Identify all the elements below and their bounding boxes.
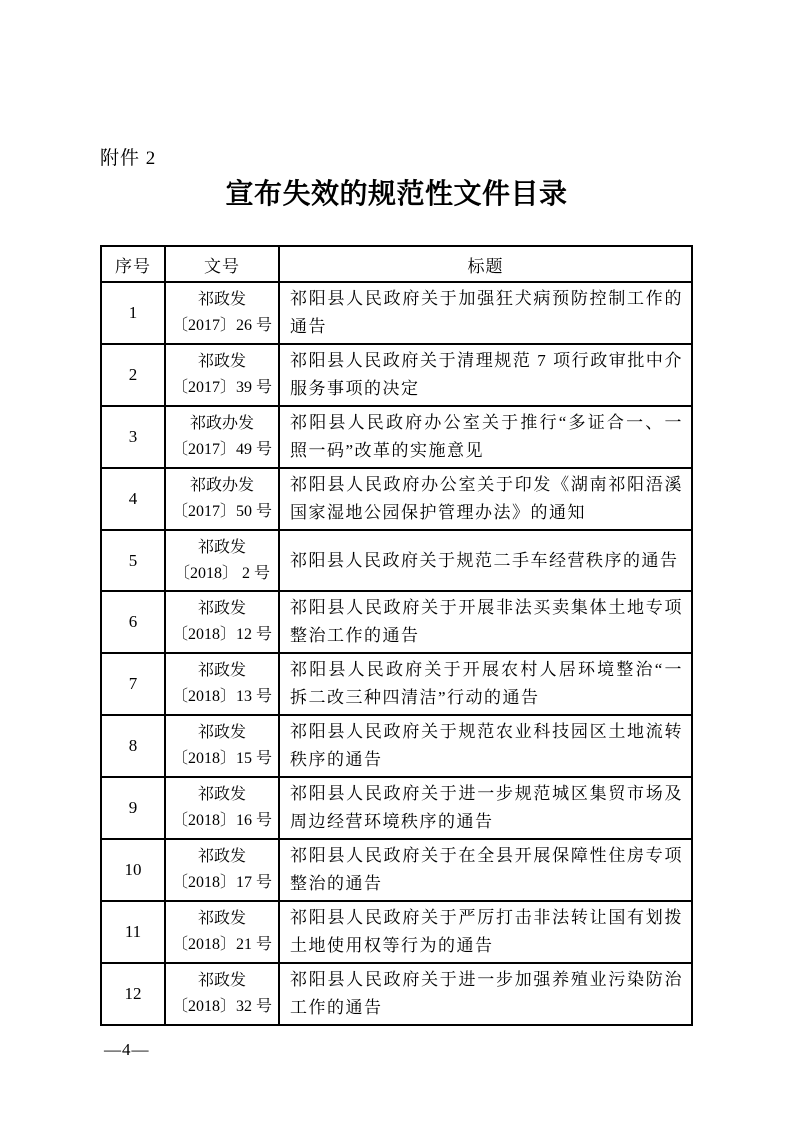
document-number-cell: 祁政发〔2018〕21 号 [165,901,279,963]
document-number-line1: 祁政发 [166,535,278,561]
page-title: 宣布失效的规范性文件目录 [0,172,793,212]
document-number-line1: 祁政发 [166,596,278,622]
document-title-cell: 祁阳县人民政府关于严厉打击非法转让国有划拨土地使用权等行为的通告 [279,901,692,963]
document-title-cell: 祁阳县人民政府关于规范农业科技园区土地流转秩序的通告 [279,715,692,777]
document-number-line1: 祁政发 [166,844,278,870]
document-number-cell: 祁政发〔2018〕32 号 [165,963,279,1025]
table-row: 8祁政发〔2018〕15 号祁阳县人民政府关于规范农业科技园区土地流转秩序的通告 [101,715,692,777]
document-number-line2: 〔2018〕21 号 [166,932,278,958]
serial-number-cell: 4 [101,468,165,530]
document-title-cell: 祁阳县人民政府关于进一步规范城区集贸市场及周边经营环境秩序的通告 [279,777,692,839]
serial-number-cell: 1 [101,282,165,344]
page-number: —4— [104,1040,150,1060]
document-number-cell: 祁政发〔2018〕16 号 [165,777,279,839]
header-document-number: 文号 [165,246,279,282]
serial-number-cell: 9 [101,777,165,839]
document-title-cell: 祁阳县人民政府关于开展农村人居环境整治“一拆二改三种四清洁”行动的通告 [279,653,692,715]
document-number-cell: 祁政发〔2018〕12 号 [165,591,279,653]
document-number-line1: 祁政发 [166,720,278,746]
header-title: 标题 [279,246,692,282]
document-title-cell: 祁阳县人民政府关于在全县开展保障性住房专项整治的通告 [279,839,692,901]
document-number-cell: 祁政发〔2018〕15 号 [165,715,279,777]
document-title-cell: 祁阳县人民政府办公室关于印发《湖南祁阳浯溪国家湿地公园保护管理办法》的通知 [279,468,692,530]
table-row: 3祁政办发〔2017〕49 号祁阳县人民政府办公室关于推行“多证合一、一照一码”… [101,406,692,468]
serial-number-cell: 12 [101,963,165,1025]
document-number-cell: 祁政办发〔2017〕50 号 [165,468,279,530]
table-row: 7祁政发〔2018〕13 号祁阳县人民政府关于开展农村人居环境整治“一拆二改三种… [101,653,692,715]
document-number-cell: 祁政发〔2017〕26 号 [165,282,279,344]
document-number-line1: 祁政发 [166,349,278,375]
header-serial-number: 序号 [101,246,165,282]
table-row: 11祁政发〔2018〕21 号祁阳县人民政府关于严厉打击非法转让国有划拨土地使用… [101,901,692,963]
document-title-cell: 祁阳县人民政府关于清理规范 7 项行政审批中介服务事项的决定 [279,344,692,406]
serial-number-cell: 3 [101,406,165,468]
document-number-line2: 〔2018〕13 号 [166,684,278,710]
serial-number-cell: 8 [101,715,165,777]
document-number-line2: 〔2017〕26 号 [166,313,278,339]
serial-number-cell: 10 [101,839,165,901]
document-number-cell: 祁政办发〔2017〕49 号 [165,406,279,468]
document-number-line1: 祁政发 [166,782,278,808]
document-number-line1: 祁政发 [166,287,278,313]
document-number-line2: 〔2018〕12 号 [166,622,278,648]
document-number-line1: 祁政发 [166,658,278,684]
document-number-line2: 〔2018〕 2 号 [166,561,278,587]
serial-number-cell: 7 [101,653,165,715]
document-number-line1: 祁政发 [166,968,278,994]
serial-number-cell: 2 [101,344,165,406]
document-title-cell: 祁阳县人民政府关于开展非法买卖集体土地专项整治工作的通告 [279,591,692,653]
serial-number-cell: 5 [101,530,165,591]
document-title-cell: 祁阳县人民政府关于规范二手车经营秩序的通告 [279,530,692,591]
document-title-cell: 祁阳县人民政府办公室关于推行“多证合一、一照一码”改革的实施意见 [279,406,692,468]
document-title-cell: 祁阳县人民政府关于加强狂犬病预防控制工作的通告 [279,282,692,344]
table-body: 1祁政发〔2017〕26 号祁阳县人民政府关于加强狂犬病预防控制工作的通告2祁政… [101,282,692,1025]
document-number-cell: 祁政发〔2018〕17 号 [165,839,279,901]
document-number-cell: 祁政发〔2018〕13 号 [165,653,279,715]
document-number-line2: 〔2017〕50 号 [166,499,278,525]
document-number-line2: 〔2018〕16 号 [166,808,278,834]
document-number-line1: 祁政发 [166,906,278,932]
table-row: 9祁政发〔2018〕16 号祁阳县人民政府关于进一步规范城区集贸市场及周边经营环… [101,777,692,839]
document-number-cell: 祁政发〔2017〕39 号 [165,344,279,406]
document-number-line2: 〔2018〕15 号 [166,746,278,772]
document-number-line1: 祁政办发 [166,473,278,499]
table-row: 6祁政发〔2018〕12 号祁阳县人民政府关于开展非法买卖集体土地专项整治工作的… [101,591,692,653]
document-number-line2: 〔2018〕17 号 [166,870,278,896]
document-number-line1: 祁政办发 [166,411,278,437]
table-row: 5祁政发〔2018〕 2 号祁阳县人民政府关于规范二手车经营秩序的通告 [101,530,692,591]
serial-number-cell: 6 [101,591,165,653]
attachment-label: 附件 2 [100,143,156,170]
document-page: 附件 2 宣布失效的规范性文件目录 序号 文号 标题 1祁政发〔2017〕26 … [0,0,793,1122]
table-row: 12祁政发〔2018〕32 号祁阳县人民政府关于进一步加强养殖业污染防治工作的通… [101,963,692,1025]
table-row: 1祁政发〔2017〕26 号祁阳县人民政府关于加强狂犬病预防控制工作的通告 [101,282,692,344]
table-header-row: 序号 文号 标题 [101,246,692,282]
serial-number-cell: 11 [101,901,165,963]
table-row: 10祁政发〔2018〕17 号祁阳县人民政府关于在全县开展保障性住房专项整治的通… [101,839,692,901]
document-title-cell: 祁阳县人民政府关于进一步加强养殖业污染防治工作的通告 [279,963,692,1025]
table-row: 2祁政发〔2017〕39 号祁阳县人民政府关于清理规范 7 项行政审批中介服务事… [101,344,692,406]
document-number-cell: 祁政发〔2018〕 2 号 [165,530,279,591]
table-row: 4祁政办发〔2017〕50 号祁阳县人民政府办公室关于印发《湖南祁阳浯溪国家湿地… [101,468,692,530]
document-number-line2: 〔2018〕32 号 [166,994,278,1020]
document-number-line2: 〔2017〕49 号 [166,437,278,463]
document-number-line2: 〔2017〕39 号 [166,375,278,401]
invalidated-documents-table: 序号 文号 标题 1祁政发〔2017〕26 号祁阳县人民政府关于加强狂犬病预防控… [100,245,693,1026]
